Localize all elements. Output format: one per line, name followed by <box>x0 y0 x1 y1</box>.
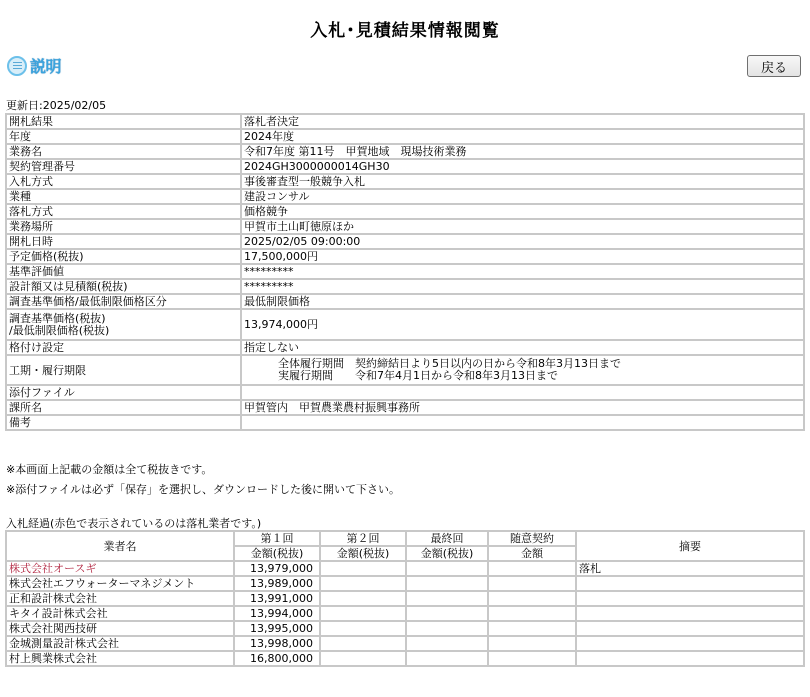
negotiated-amount <box>488 621 576 636</box>
info-label: 業務名 <box>6 144 241 159</box>
info-label: 調査基準価格(税抜)/最低制限価格(税抜) <box>6 309 241 340</box>
info-value <box>241 385 804 400</box>
round1-amount: 13,979,000 <box>234 561 320 576</box>
info-value: 2024年度 <box>241 129 804 144</box>
help-label: 説明 <box>30 54 61 77</box>
final-amount <box>406 561 488 576</box>
info-row: 開札結果落札者決定 <box>6 114 804 129</box>
info-value: 全体履行期間 契約締結日より5日以内の日から令和8年3月13日まで実履行期間 令… <box>241 355 804 385</box>
round2-amount <box>320 621 406 636</box>
info-row: 業務名令和7年度 第11号 甲賀地域 現場技術業務 <box>6 144 804 159</box>
round2-amount <box>320 651 406 666</box>
info-label: 調査基準価格/最低制限価格区分 <box>6 294 241 309</box>
remarks <box>576 576 804 591</box>
final-amount <box>406 606 488 621</box>
note-tax: ※本画面上記載の金額は全て税抜きです。 <box>6 464 400 484</box>
info-value: 13,974,000円 <box>241 309 804 340</box>
header-round1-amount: 金額(税抜) <box>234 546 320 561</box>
info-table: 開札結果落札者決定年度2024年度業務名令和7年度 第11号 甲賀地域 現場技術… <box>5 113 805 431</box>
info-row: 契約管理番号2024GH3000000014GH30 <box>6 159 804 174</box>
info-value: 甲賀市土山町徳原ほか <box>241 219 804 234</box>
info-value: 最低制限価格 <box>241 294 804 309</box>
header-negotiated-contract: 随意契約 <box>488 531 576 546</box>
final-amount <box>406 576 488 591</box>
negotiated-amount <box>488 576 576 591</box>
info-value <box>241 415 804 430</box>
negotiated-amount <box>488 636 576 651</box>
negotiated-amount <box>488 606 576 621</box>
info-label: 開札結果 <box>6 114 241 129</box>
header-remarks: 摘要 <box>576 531 804 561</box>
bid-history-table: 業者名 第１回 第２回 最終回 随意契約 摘要 金額(税抜) 金額(税抜) 金額… <box>5 530 805 667</box>
info-row: 添付ファイル <box>6 385 804 400</box>
header-final-round: 最終回 <box>406 531 488 546</box>
round1-amount: 13,998,000 <box>234 636 320 651</box>
round1-amount: 13,994,000 <box>234 606 320 621</box>
info-row: 年度2024年度 <box>6 129 804 144</box>
info-value: ********* <box>241 279 804 294</box>
final-amount <box>406 651 488 666</box>
info-value: 価格競争 <box>241 204 804 219</box>
info-label: 落札方式 <box>6 204 241 219</box>
header-round1: 第１回 <box>234 531 320 546</box>
bid-history-caption: 入札経過(赤色で表示されているのは落札業者です。) <box>6 515 261 531</box>
info-row: 設計額又は見積額(税抜)********* <box>6 279 804 294</box>
info-row: 入札方式事後審査型一般競争入札 <box>6 174 804 189</box>
bid-row: 株式会社関西技研13,995,000 <box>6 621 804 636</box>
info-label: 業務場所 <box>6 219 241 234</box>
info-label: 予定価格(税抜) <box>6 249 241 264</box>
bidder-name: キタイ設計株式会社 <box>6 606 234 621</box>
bidder-name: 株式会社エフウォーターマネジメント <box>6 576 234 591</box>
round1-amount: 13,991,000 <box>234 591 320 606</box>
remarks <box>576 651 804 666</box>
bid-row: キタイ設計株式会社13,994,000 <box>6 606 804 621</box>
info-value: 建設コンサル <box>241 189 804 204</box>
info-label: 添付ファイル <box>6 385 241 400</box>
info-value: 指定しない <box>241 340 804 355</box>
info-value-line: 実履行期間 令和7年4月1日から令和8年3月13日まで <box>278 370 802 382</box>
final-amount <box>406 621 488 636</box>
header-round2-amount: 金額(税抜) <box>320 546 406 561</box>
info-label-line: /最低制限価格(税抜) <box>9 325 239 337</box>
info-value: 令和7年度 第11号 甲賀地域 現場技術業務 <box>241 144 804 159</box>
remarks <box>576 591 804 606</box>
round2-amount <box>320 636 406 651</box>
info-row: 開札日時2025/02/05 09:00:00 <box>6 234 804 249</box>
info-value: 2025/02/05 09:00:00 <box>241 234 804 249</box>
final-amount <box>406 591 488 606</box>
info-label: 契約管理番号 <box>6 159 241 174</box>
info-row: 備考 <box>6 415 804 430</box>
info-value: 甲賀管内 甲賀農業農村振興事務所 <box>241 400 804 415</box>
info-label: 課所名 <box>6 400 241 415</box>
info-row: 基準評価値********* <box>6 264 804 279</box>
info-value: 事後審査型一般競争入札 <box>241 174 804 189</box>
round2-amount <box>320 576 406 591</box>
info-row: 課所名甲賀管内 甲賀農業農村振興事務所 <box>6 400 804 415</box>
info-label: 業種 <box>6 189 241 204</box>
bid-row: 金城測量設計株式会社13,998,000 <box>6 636 804 651</box>
info-label: 工期・履行期限 <box>6 355 241 385</box>
info-label: 備考 <box>6 415 241 430</box>
info-label: 基準評価値 <box>6 264 241 279</box>
info-row: 落札方式価格競争 <box>6 204 804 219</box>
header-negotiated-amount: 金額 <box>488 546 576 561</box>
info-row: 調査基準価格(税抜)/最低制限価格(税抜)13,974,000円 <box>6 309 804 340</box>
remarks <box>576 621 804 636</box>
back-button[interactable]: 戻る <box>747 55 801 77</box>
info-row: 調査基準価格/最低制限価格区分最低制限価格 <box>6 294 804 309</box>
document-list-icon <box>7 56 27 76</box>
info-value: 落札者決定 <box>241 114 804 129</box>
notes: ※本画面上記載の金額は全て税抜きです。 ※添付ファイルは必ず「保存」を選択し、ダ… <box>6 464 400 504</box>
bidder-name: 正和設計株式会社 <box>6 591 234 606</box>
bid-row: 株式会社オースギ13,979,000落札 <box>6 561 804 576</box>
info-label-line: 調査基準価格(税抜) <box>9 313 239 325</box>
note-attachment: ※添付ファイルは必ず「保存」を選択し、ダウンロードした後に開いて下さい。 <box>6 484 400 504</box>
header-round2: 第２回 <box>320 531 406 546</box>
bid-row: 村上興業株式会社16,800,000 <box>6 651 804 666</box>
page-title: 入札･見積結果情報閲覧 <box>0 16 810 41</box>
round1-amount: 16,800,000 <box>234 651 320 666</box>
bid-row: 株式会社エフウォーターマネジメント13,989,000 <box>6 576 804 591</box>
info-row: 業務場所甲賀市土山町徳原ほか <box>6 219 804 234</box>
round1-amount: 13,989,000 <box>234 576 320 591</box>
updated-date: 更新日:2025/02/05 <box>6 97 106 113</box>
info-value: 2024GH3000000014GH30 <box>241 159 804 174</box>
info-row: 業種建設コンサル <box>6 189 804 204</box>
bidder-name: 村上興業株式会社 <box>6 651 234 666</box>
final-amount <box>406 636 488 651</box>
info-row: 予定価格(税抜)17,500,000円 <box>6 249 804 264</box>
info-label: 格付け設定 <box>6 340 241 355</box>
header-final-amount: 金額(税抜) <box>406 546 488 561</box>
help-link[interactable]: 説明 <box>7 54 61 77</box>
round2-amount <box>320 606 406 621</box>
round2-amount <box>320 561 406 576</box>
info-value: ********* <box>241 264 804 279</box>
negotiated-amount <box>488 591 576 606</box>
info-label: 開札日時 <box>6 234 241 249</box>
negotiated-amount <box>488 651 576 666</box>
bidder-name: 株式会社関西技研 <box>6 621 234 636</box>
info-row: 格付け設定指定しない <box>6 340 804 355</box>
round1-amount: 13,995,000 <box>234 621 320 636</box>
negotiated-amount <box>488 561 576 576</box>
header-bidder-name: 業者名 <box>6 531 234 561</box>
info-label: 設計額又は見積額(税抜) <box>6 279 241 294</box>
bidder-name: 株式会社オースギ <box>6 561 234 576</box>
remarks <box>576 636 804 651</box>
info-row: 工期・履行期限全体履行期間 契約締結日より5日以内の日から令和8年3月13日まで… <box>6 355 804 385</box>
remarks: 落札 <box>576 561 804 576</box>
remarks <box>576 606 804 621</box>
info-label: 年度 <box>6 129 241 144</box>
bidder-name: 金城測量設計株式会社 <box>6 636 234 651</box>
info-value: 17,500,000円 <box>241 249 804 264</box>
info-label: 入札方式 <box>6 174 241 189</box>
round2-amount <box>320 591 406 606</box>
bid-row: 正和設計株式会社13,991,000 <box>6 591 804 606</box>
